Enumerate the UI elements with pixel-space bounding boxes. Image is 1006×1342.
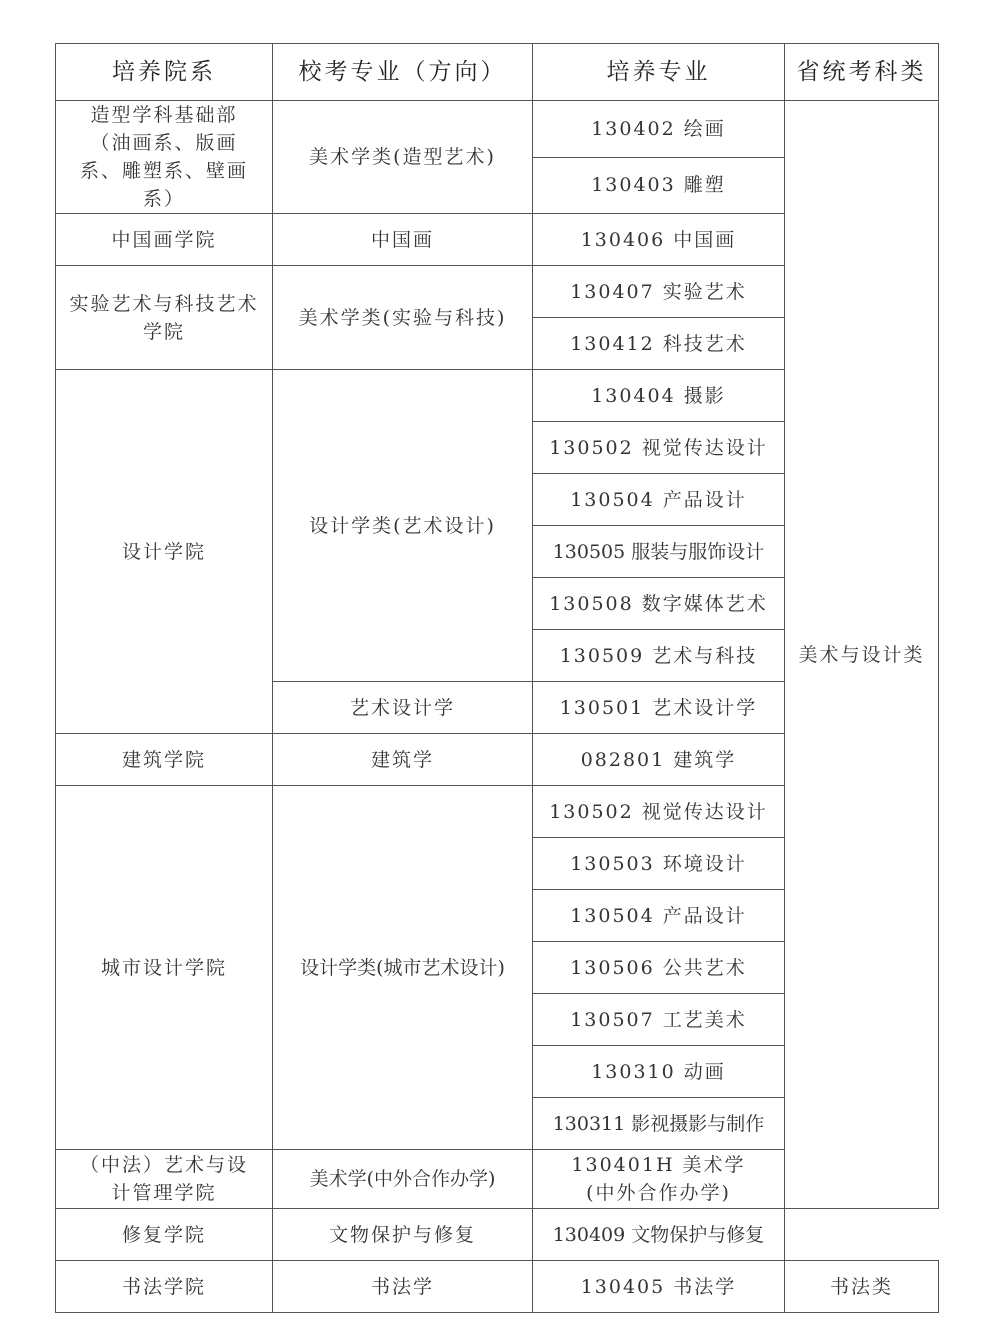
admissions-table: 培养院系 校考专业（方向） 培养专业 省统考科类 造型学科基础部（油画系、版画系… bbox=[55, 43, 939, 1313]
program-cell: 130503 环境设计 bbox=[533, 838, 785, 890]
header-row: 培养院系 校考专业（方向） 培养专业 省统考科类 bbox=[56, 44, 939, 101]
program-cell: 130412 科技艺术 bbox=[533, 318, 785, 370]
category-cell: 书法类 bbox=[785, 1261, 939, 1313]
major-cell: 艺术设计学 bbox=[273, 682, 533, 734]
major-cell: 美术学类(造型艺术) bbox=[273, 101, 533, 214]
program-cell: 130310 动画 bbox=[533, 1046, 785, 1098]
major-cell: 书法学 bbox=[273, 1261, 533, 1313]
category-cell: 美术与设计类 bbox=[785, 101, 939, 1209]
program-cell: 130406 中国画 bbox=[533, 214, 785, 266]
table-row: 造型学科基础部（油画系、版画系、雕塑系、壁画系） 美术学类(造型艺术) 1304… bbox=[56, 101, 939, 158]
program-cell: 130402 绘画 bbox=[533, 101, 785, 158]
program-cell: 130509 艺术与科技 bbox=[533, 630, 785, 682]
major-cell: 建筑学 bbox=[273, 734, 533, 786]
dept-cell: 中国画学院 bbox=[56, 214, 273, 266]
major-cell: 美术学(中外合作办学) bbox=[273, 1150, 533, 1209]
major-cell: 文物保护与修复 bbox=[273, 1209, 533, 1261]
program-cell: 130501 艺术设计学 bbox=[533, 682, 785, 734]
program-cell: 130508 数字媒体艺术 bbox=[533, 578, 785, 630]
dept-cell: 城市设计学院 bbox=[56, 786, 273, 1150]
program-cell: 130311 影视摄影与制作 bbox=[533, 1098, 785, 1150]
program-cell: 130504 产品设计 bbox=[533, 890, 785, 942]
major-cell: 美术学类(实验与科技) bbox=[273, 266, 533, 370]
dept-cell: 建筑学院 bbox=[56, 734, 273, 786]
dept-cell: （中法）艺术与设计管理学院 bbox=[56, 1150, 273, 1209]
table-row: 修复学院 文物保护与修复 130409 文物保护与修复 bbox=[56, 1209, 939, 1261]
header-program: 培养专业 bbox=[533, 44, 785, 101]
major-cell: 设计学类(城市艺术设计) bbox=[273, 786, 533, 1150]
major-cell: 设计学类(艺术设计) bbox=[273, 370, 533, 682]
header-dept: 培养院系 bbox=[56, 44, 273, 101]
program-cell: 130507 工艺美术 bbox=[533, 994, 785, 1046]
program-cell: 130405 书法学 bbox=[533, 1261, 785, 1313]
dept-cell: 实验艺术与科技艺术学院 bbox=[56, 266, 273, 370]
dept-cell: 书法学院 bbox=[56, 1261, 273, 1313]
program-cell: 130404 摄影 bbox=[533, 370, 785, 422]
program-cell: 130407 实验艺术 bbox=[533, 266, 785, 318]
program-cell: 130504 产品设计 bbox=[533, 474, 785, 526]
program-cell: 130502 视觉传达设计 bbox=[533, 786, 785, 838]
dept-cell: 造型学科基础部（油画系、版画系、雕塑系、壁画系） bbox=[56, 101, 273, 214]
major-cell: 中国画 bbox=[273, 214, 533, 266]
table-row: 书法学院 书法学 130405 书法学 书法类 bbox=[56, 1261, 939, 1313]
dept-cell: 设计学院 bbox=[56, 370, 273, 734]
program-cell: 130505 服装与服饰设计 bbox=[533, 526, 785, 578]
program-cell: 130502 视觉传达设计 bbox=[533, 422, 785, 474]
program-cell: 130403 雕塑 bbox=[533, 157, 785, 214]
program-cell: 082801 建筑学 bbox=[533, 734, 785, 786]
program-cell: 130506 公共艺术 bbox=[533, 942, 785, 994]
program-cell: 130409 文物保护与修复 bbox=[533, 1209, 785, 1261]
header-category: 省统考科类 bbox=[785, 44, 939, 101]
program-cell: 130401H 美术学(中外合作办学) bbox=[533, 1150, 785, 1209]
dept-cell: 修复学院 bbox=[56, 1209, 273, 1261]
header-major: 校考专业（方向） bbox=[273, 44, 533, 101]
